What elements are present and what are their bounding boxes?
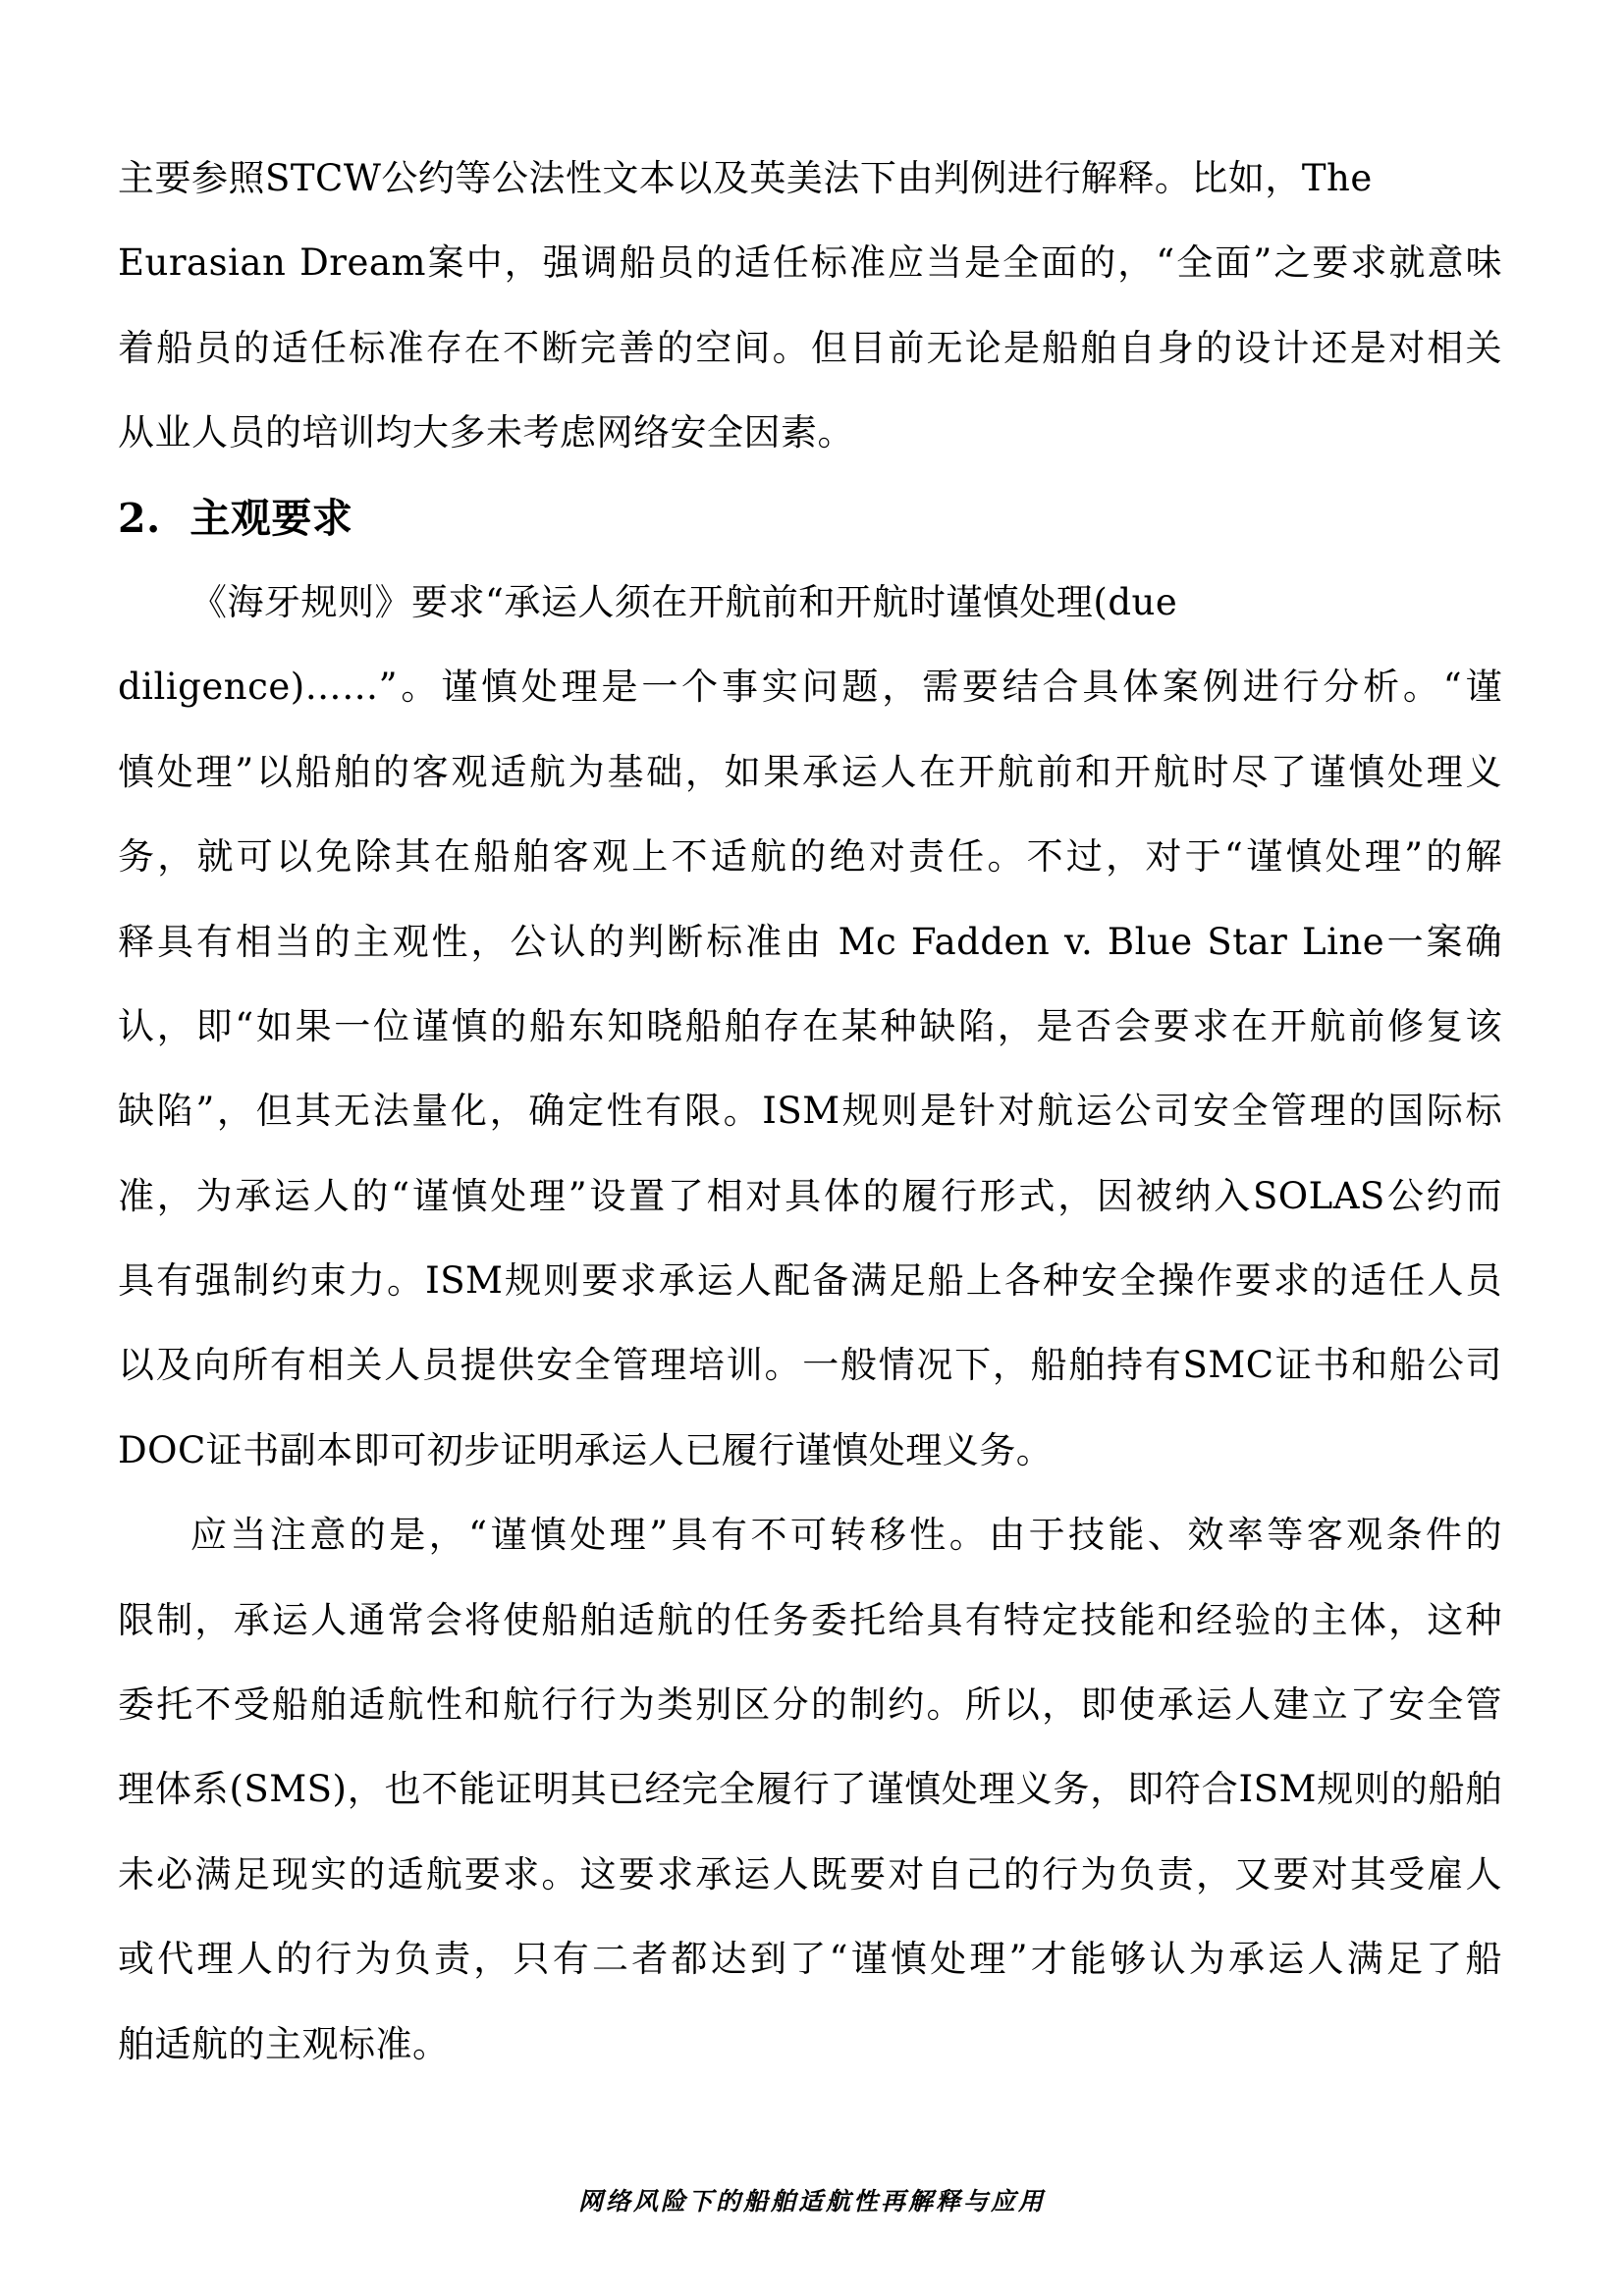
body-line: 舶适航的主观标准。	[118, 2002, 1502, 2087]
body-line: 应当注意的是，“谨慎处理”具有不可转移性。由于技能、效率等客观条件的	[118, 1493, 1502, 1577]
body-line: 认，即“如果一位谨慎的船东知晓船舶存在某种缺陷，是否会要求在开航前修复该	[118, 985, 1502, 1069]
document-page: 主要参照STCW公约等公法性文本以及英美法下由判例进行解释。比如，The Eur…	[0, 0, 1624, 2296]
body-line: 务，就可以免除其在船舶客观上不适航的绝对责任。不过，对于“谨慎处理”的解	[118, 815, 1502, 899]
body-line: 准，为承运人的“谨慎处理”设置了相对具体的履行形式，因被纳入SOLAS公约而	[118, 1154, 1502, 1239]
body-line: 缺陷”，但其无法量化，确定性有限。ISM规则是针对航运公司安全管理的国际标	[118, 1069, 1502, 1153]
body-line: 具有强制约束力。ISM规则要求承运人配备满足船上各种安全操作要求的适任人员	[118, 1239, 1502, 1323]
body-line: 以及向所有相关人员提供安全管理培训。一般情况下，船舶持有SMC证书和船公司	[118, 1323, 1502, 1408]
body-line: 或代理人的行为负责，只有二者都达到了“谨慎处理”才能够认为承运人满足了船	[118, 1917, 1502, 2002]
body-line: Eurasian Dream案中，强调船员的适任标准应当是全面的，“全面”之要求…	[118, 221, 1502, 305]
document-body: 主要参照STCW公约等公法性文本以及英美法下由判例进行解释。比如，The Eur…	[118, 136, 1502, 2087]
body-line: 未必满足现实的适航要求。这要求承运人既要对自己的行为负责，又要对其受雇人	[118, 1833, 1502, 1917]
body-line: diligence)……”。谨慎处理是一个事实问题，需要结合具体案例进行分析。“…	[118, 645, 1502, 729]
page-footer-title: 网络风险下的船舶适航性再解释与应用	[0, 2177, 1624, 2226]
body-line: 着船员的适任标准存在不断完善的空间。但目前无论是船舶自身的设计还是对相关	[118, 306, 1502, 391]
body-line: 慎处理”以船舶的客观适航为基础，如果承运人在开航前和开航时尽了谨慎处理义	[118, 730, 1502, 815]
body-line: DOC证书副本即可初步证明承运人已履行谨慎处理义务。	[118, 1409, 1502, 1493]
body-line: 主要参照STCW公约等公法性文本以及英美法下由判例进行解释。比如，The	[118, 136, 1502, 221]
body-line: 从业人员的培训均大多未考虑网络安全因素。	[118, 391, 1502, 475]
body-line: 《海牙规则》要求“承运人须在开航前和开航时谨慎处理(due	[118, 561, 1502, 645]
body-line: 释具有相当的主观性，公认的判断标准由 Mc Fadden v. Blue Sta…	[118, 900, 1502, 985]
body-line: 委托不受船舶适航性和航行行为类别区分的制约。所以，即使承运人建立了安全管	[118, 1663, 1502, 1747]
body-line: 理体系(SMS)，也不能证明其已经完全履行了谨慎处理义务，即符合ISM规则的船舶	[118, 1747, 1502, 1832]
body-line: 限制，承运人通常会将使船舶适航的任务委托给具有特定技能和经验的主体，这种	[118, 1578, 1502, 1663]
section-heading: 2. 主观要求	[118, 476, 1502, 561]
